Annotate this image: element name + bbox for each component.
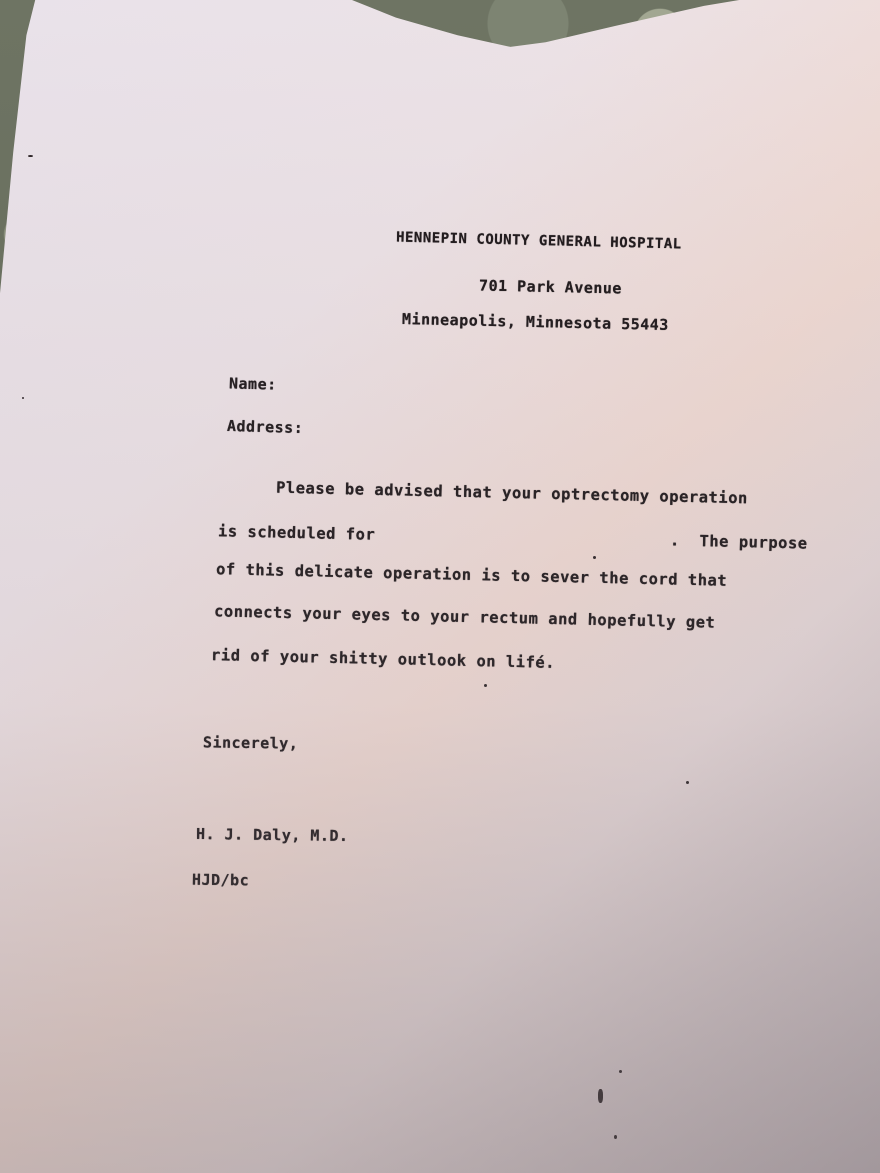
body-line: connects your eyes to your rectum and ho… — [214, 602, 716, 631]
recipient-name-label: Name: — [229, 374, 277, 393]
body-line: rid of your shitty outlook on lifé. — [211, 646, 555, 672]
body-line: . The purpose — [670, 531, 808, 552]
reference-initials: HJD/bc — [192, 871, 249, 890]
body-line: of this delicate operation is to sever t… — [216, 560, 728, 590]
hospital-street-address: 701 Park Avenue — [479, 277, 622, 298]
body-line: is scheduled for — [218, 522, 376, 544]
ink-speck — [614, 1135, 617, 1139]
body-line: Please be advised that your optrectomy o… — [276, 479, 748, 508]
hospital-name: HENNEPIN COUNTY GENERAL HOSPITAL — [396, 230, 682, 253]
ink-speck — [484, 684, 487, 687]
ink-speck — [619, 1070, 622, 1073]
valediction: Sincerely, — [203, 733, 299, 752]
ink-speck — [28, 155, 33, 157]
ink-speck — [22, 397, 24, 399]
ink-speck — [598, 1089, 603, 1103]
recipient-address-label: Address: — [227, 417, 304, 437]
signatory-name: H. J. Daly, M.D. — [196, 825, 349, 845]
ink-speck — [593, 556, 596, 559]
hospital-city-state-zip: Minneapolis, Minnesota 55443 — [402, 310, 669, 334]
ink-speck — [686, 781, 689, 784]
letter-page: HENNEPIN COUNTY GENERAL HOSPITAL 701 Par… — [0, 0, 880, 1173]
